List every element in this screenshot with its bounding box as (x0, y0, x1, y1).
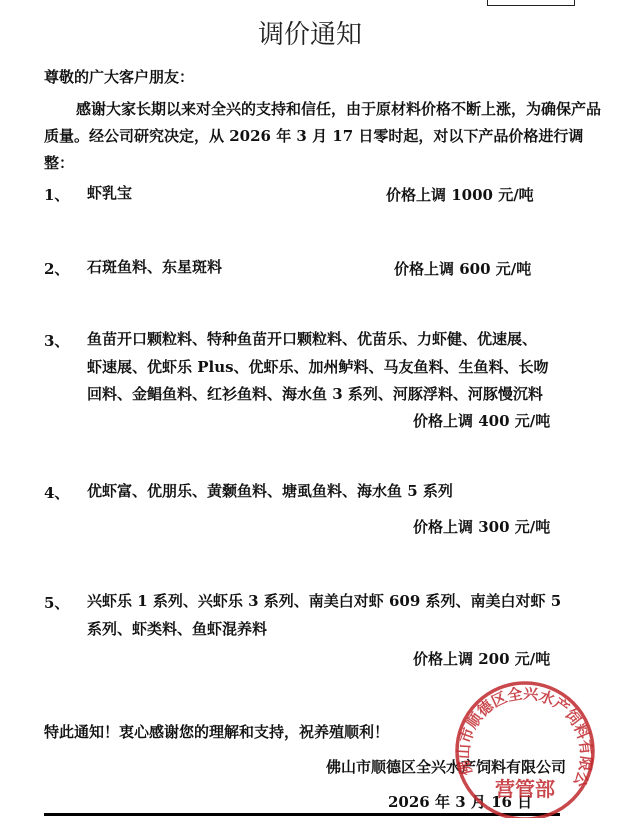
closing-text: 特此通知！衷心感谢您的理解和支持，祝养殖顺利！ (44, 721, 389, 742)
item-products: 优虾富、优朋乐、黄颡鱼料、塘虱鱼料、海水鱼 5 系列 (87, 478, 453, 506)
item-products: 鱼苗开口颗粒料、特种鱼苗开口颗粒料、优苗乐、力虾健、优速展、 虾速展、优虾乐 P… (87, 326, 549, 409)
company-seal-icon: 佛山市顺德区全兴水产饲料有限公司 营管部 (452, 678, 598, 818)
item-number: 3、 (44, 330, 69, 351)
seal-center-text: 营管部 (495, 777, 555, 801)
item-price-change: 价格上调 600 元/吨 (394, 258, 531, 279)
item-price-change: 价格上调 200 元/吨 (413, 648, 550, 669)
item-number: 1、 (44, 184, 69, 205)
greeting: 尊敬的广大客户朋友： (44, 66, 194, 87)
page-title: 调价通知 (0, 14, 620, 51)
item-price-change: 价格上调 300 元/吨 (413, 516, 550, 537)
item-products: 石斑鱼料、东星斑料 (87, 254, 222, 282)
svg-text:佛山市顺德区全兴水产饲料有限公司: 佛山市顺德区全兴水产饲料有限公司 (452, 678, 595, 791)
item-number: 4、 (44, 482, 69, 503)
item-number: 2、 (44, 258, 69, 279)
item-number: 5、 (44, 592, 69, 613)
seal-ring-text: 佛山市顺德区全兴水产饲料有限公司 (452, 678, 595, 791)
top-box-outline (487, 0, 575, 6)
item-price-change: 价格上调 400 元/吨 (413, 410, 550, 431)
item-products: 虾乳宝 (87, 180, 132, 208)
intro-paragraph: 感谢大家长期以来对全兴的支持和信任，由于原材料价格不断上涨，为确保产品质量。经公… (44, 96, 604, 177)
item-products: 兴虾乐 1 系列、兴虾乐 3 系列、南美白对虾 609 系列、南美白对虾 5 系… (87, 588, 561, 643)
item-price-change: 价格上调 1000 元/吨 (386, 184, 534, 205)
